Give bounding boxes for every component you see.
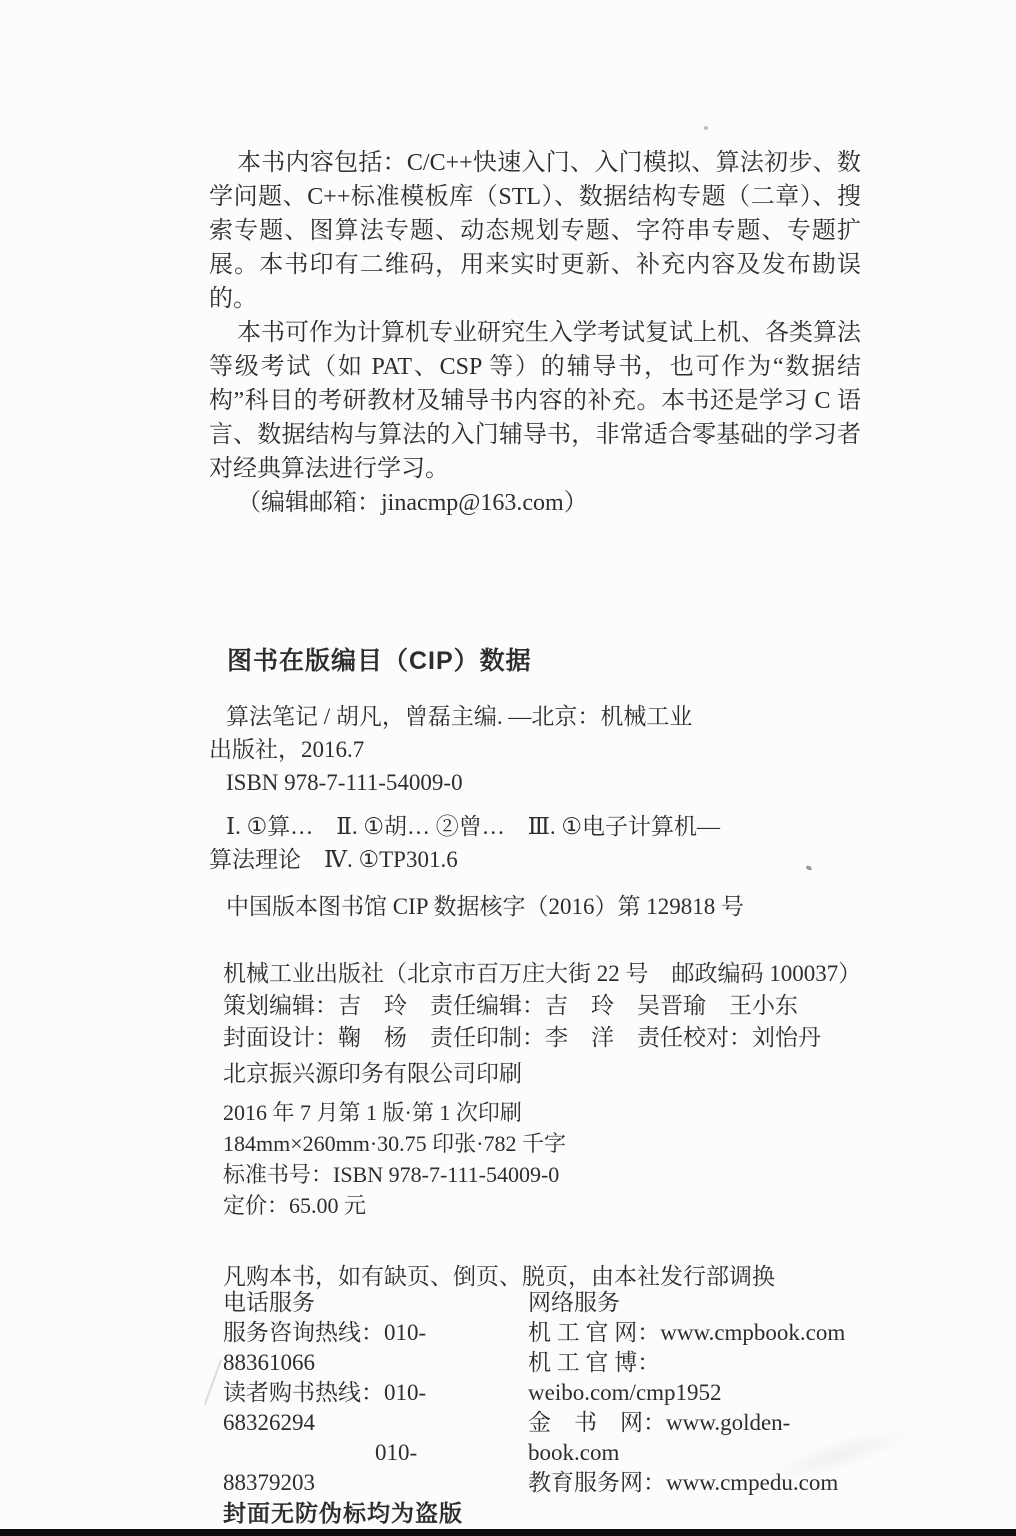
official-site-row: 机 工 官 网：www.cmpbook.com	[528, 1318, 848, 1348]
cip-classification-block: Ⅰ. ①算… Ⅱ. ①胡… ②曾… Ⅲ. ①电子计算机— 算法理论 Ⅳ. ①TP…	[209, 810, 849, 876]
colophon-printing-block: 2016 年 7 月第 1 版·第 1 次印刷 184mm×260mm·30.7…	[223, 1097, 783, 1221]
cip-heading: 图书在版编目（CIP）数据	[227, 641, 532, 677]
extra-hotline-row: 010-88379203	[223, 1438, 503, 1498]
book-number-line: 标准书号：ISBN 978-7-111-54009-0	[223, 1159, 783, 1190]
cip-title-line1: 算法笔记 / 胡凡，曾磊主编. —北京：机械工业	[209, 700, 849, 733]
page-bottom-edge	[0, 1529, 1016, 1536]
publisher-address-line: 机械工业出版社（北京市百万庄大街 22 号 邮政编码 100037）	[223, 958, 883, 990]
design-print-proof-line: 封面设计：鞠 杨 责任印制：李 洋 责任校对：刘怡丹	[223, 1022, 883, 1054]
cip-isbn-line: ISBN 978-7-111-54009-0	[209, 766, 849, 799]
scanned-copyright-page: 本书内容包括：C/C++快速入门、入门模拟、算法初步、数学问题、C++标准模板库…	[0, 0, 1016, 1536]
cip-title-block: 算法笔记 / 胡凡，曾磊主编. —北京：机械工业 出版社，2016.7 ISBN…	[209, 700, 849, 799]
service-hotline-row: 服务咨询热线：010-88361066	[223, 1318, 503, 1378]
intro-paragraph-contents: 本书内容包括：C/C++快速入门、入门模拟、算法初步、数学问题、C++标准模板库…	[209, 146, 861, 316]
editor-email-line: （编辑邮箱：jinacmp@163.com）	[209, 486, 861, 520]
book-intro-block: 本书内容包括：C/C++快速入门、入门模拟、算法初步、数学问题、C++标准模板库…	[209, 146, 861, 520]
exchange-notice-line: 凡购本书，如有缺页、倒页、脱页，由本社发行部调换	[223, 1258, 775, 1291]
edition-line: 2016 年 7 月第 1 版·第 1 次印刷	[223, 1097, 783, 1128]
editors-line: 策划编辑：吉 玲 责任编辑：吉 玲 吴晋瑜 王小东	[223, 990, 883, 1022]
format-line: 184mm×260mm·30.75 印张·782 千字	[223, 1128, 783, 1159]
scan-scratch	[204, 1359, 222, 1405]
reader-hotline-row: 读者购书热线：010-68326294	[223, 1378, 503, 1438]
weibo-row: 机 工 官 博：weibo.com/cmp1952	[528, 1348, 848, 1408]
intro-paragraph-audience: 本书可作为计算机专业研究生入学考试复试上机、各类算法等级考试（如 PAT、CSP…	[209, 316, 861, 486]
phone-service-header: 电话服务	[223, 1288, 503, 1318]
printer-line: 北京振兴源印务有限公司印刷	[223, 1058, 883, 1090]
anti-piracy-line: 封面无防伪标均为盗版	[223, 1498, 503, 1528]
colophon-publisher-block: 机械工业出版社（北京市百万庄大街 22 号 邮政编码 100037） 策划编辑：…	[223, 958, 883, 1090]
network-service-header: 网络服务	[528, 1288, 848, 1318]
cip-class-line1: Ⅰ. ①算… Ⅱ. ①胡… ②曾… Ⅲ. ①电子计算机—	[209, 810, 849, 843]
cip-title-line2: 出版社，2016.7	[209, 733, 849, 766]
cip-registry-line: 中国版本图书馆 CIP 数据核字（2016）第 129818 号	[226, 888, 744, 921]
scan-speck	[704, 126, 708, 130]
cip-class-line2: 算法理论 Ⅳ. ①TP301.6	[209, 843, 849, 876]
phone-service-column: 电话服务 服务咨询热线：010-88361066 读者购书热线：010-6832…	[223, 1288, 503, 1528]
price-line: 定价：65.00 元	[223, 1190, 783, 1221]
